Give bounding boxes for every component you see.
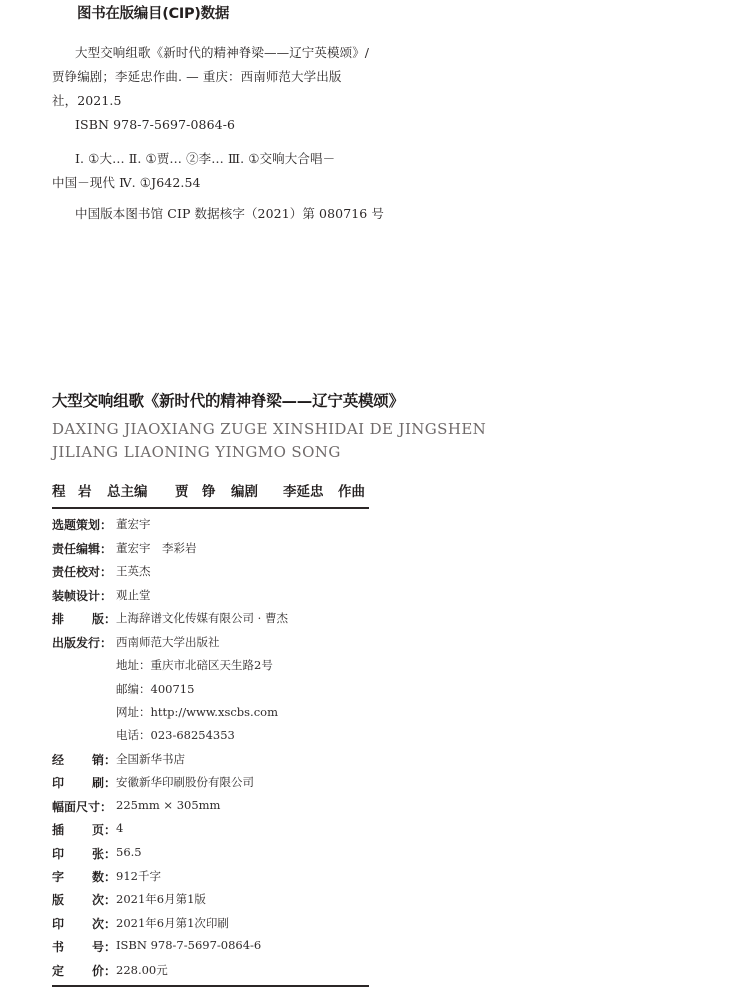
playwright-role: 编剧 xyxy=(231,480,258,500)
colophon-label: 版次： xyxy=(52,891,116,908)
colophon-value: 王英杰 xyxy=(116,563,151,579)
colophon-label: 装帧设计： xyxy=(52,587,116,604)
colophon-label: 经销： xyxy=(52,751,116,768)
colophon-value: 912千字 xyxy=(116,868,161,884)
colophon-label: 字数： xyxy=(52,868,116,885)
colophon-value: 4 xyxy=(116,821,123,835)
colophon-label: 幅面尺寸： xyxy=(52,798,116,815)
colophon-value: 西南师范大学出版社 xyxy=(116,634,220,650)
cip-isbn-line: ISBN 978-7-5697-0864-6 xyxy=(75,117,235,132)
colophon-label: 定价： xyxy=(52,962,116,979)
cip-heading: 图书在版编目(CIP)数据 xyxy=(77,2,229,23)
colophon-label: 选题策划： xyxy=(52,516,116,533)
colophon-value: 2021年6月第1版 xyxy=(116,891,206,907)
cip-record-number-line: 中国版本图书馆 CIP 数据核字（2021）第 080716 号 xyxy=(75,204,384,222)
colophon-value: ISBN 978-7-5697-0864-6 xyxy=(116,938,261,952)
colophon-value: 董宏宇 李彩岩 xyxy=(116,540,197,556)
playwright-name-char-2: 铮 xyxy=(202,480,216,500)
book-title-pinyin-line-2: JILIANG LIAONING YINGMO SONG xyxy=(52,443,341,461)
colophon-value: 2021年6月第1次印刷 xyxy=(116,915,229,931)
publisher-address: 地址：重庆市北碚区天生路2号 xyxy=(116,657,273,673)
colophon-value: 228.00元 xyxy=(116,962,168,978)
colophon-label: 出版发行： xyxy=(52,634,116,651)
top-divider xyxy=(52,507,369,509)
colophon-value: 上海辞谱文化传媒有限公司 · 曹杰 xyxy=(116,610,288,626)
colophon-label: 书号： xyxy=(52,938,116,955)
book-title: 大型交响组歌《新时代的精神脊梁——辽宁英模颂》 xyxy=(52,389,404,411)
cip-title-line: 大型交响组歌《新时代的精神脊梁——辽宁英模颂》/ xyxy=(75,43,369,61)
cip-classification-line: Ⅰ. ①大… Ⅱ. ①贾… ②李… Ⅲ. ①交响大合唱－ xyxy=(75,149,335,167)
composer-name: 李延忠 xyxy=(283,480,324,500)
colophon-label: 排版： xyxy=(52,610,116,627)
byline: 程 岩 总主编 贾 铮 编剧 李延忠 作曲 xyxy=(52,480,372,500)
colophon-value: 安徽新华印刷股份有限公司 xyxy=(116,774,254,790)
chief-editor-name-char-1: 程 xyxy=(52,480,66,500)
composer-role: 作曲 xyxy=(338,480,365,500)
colophon-label: 责任校对： xyxy=(52,563,116,580)
colophon-value: 56.5 xyxy=(116,845,142,859)
chief-editor-name-char-2: 岩 xyxy=(78,480,92,500)
colophon-value: 225mm × 305mm xyxy=(116,798,220,812)
cip-author-line: 贾铮编剧；李延忠作曲. — 重庆：西南师范大学出版 xyxy=(52,67,341,85)
bottom-divider xyxy=(52,985,369,987)
publisher-phone: 电话：023-68254353 xyxy=(116,727,235,743)
book-title-pinyin-line-1: DAXING JIAOXIANG ZUGE XINSHIDAI DE JINGS… xyxy=(52,420,486,438)
colophon-value: 全国新华书店 xyxy=(116,751,185,767)
colophon-value: 观止堂 xyxy=(116,587,151,603)
cip-publish-year-line: 社，2021.5 xyxy=(52,91,122,109)
publisher-website: 网址：http://www.xscbs.com xyxy=(116,704,278,720)
colophon-label: 责任编辑： xyxy=(52,540,116,557)
publisher-postcode: 邮编：400715 xyxy=(116,681,194,697)
chief-editor-role: 总主编 xyxy=(107,480,148,500)
colophon-label: 印刷： xyxy=(52,774,116,791)
colophon-label: 插页： xyxy=(52,821,116,838)
colophon-label: 印张： xyxy=(52,845,116,862)
playwright-name-char-1: 贾 xyxy=(175,480,189,500)
cip-classification-cont-line: 中国－现代 Ⅳ. ①J642.54 xyxy=(52,173,201,191)
colophon-value: 董宏宇 xyxy=(116,516,151,532)
colophon-label: 印次： xyxy=(52,915,116,932)
